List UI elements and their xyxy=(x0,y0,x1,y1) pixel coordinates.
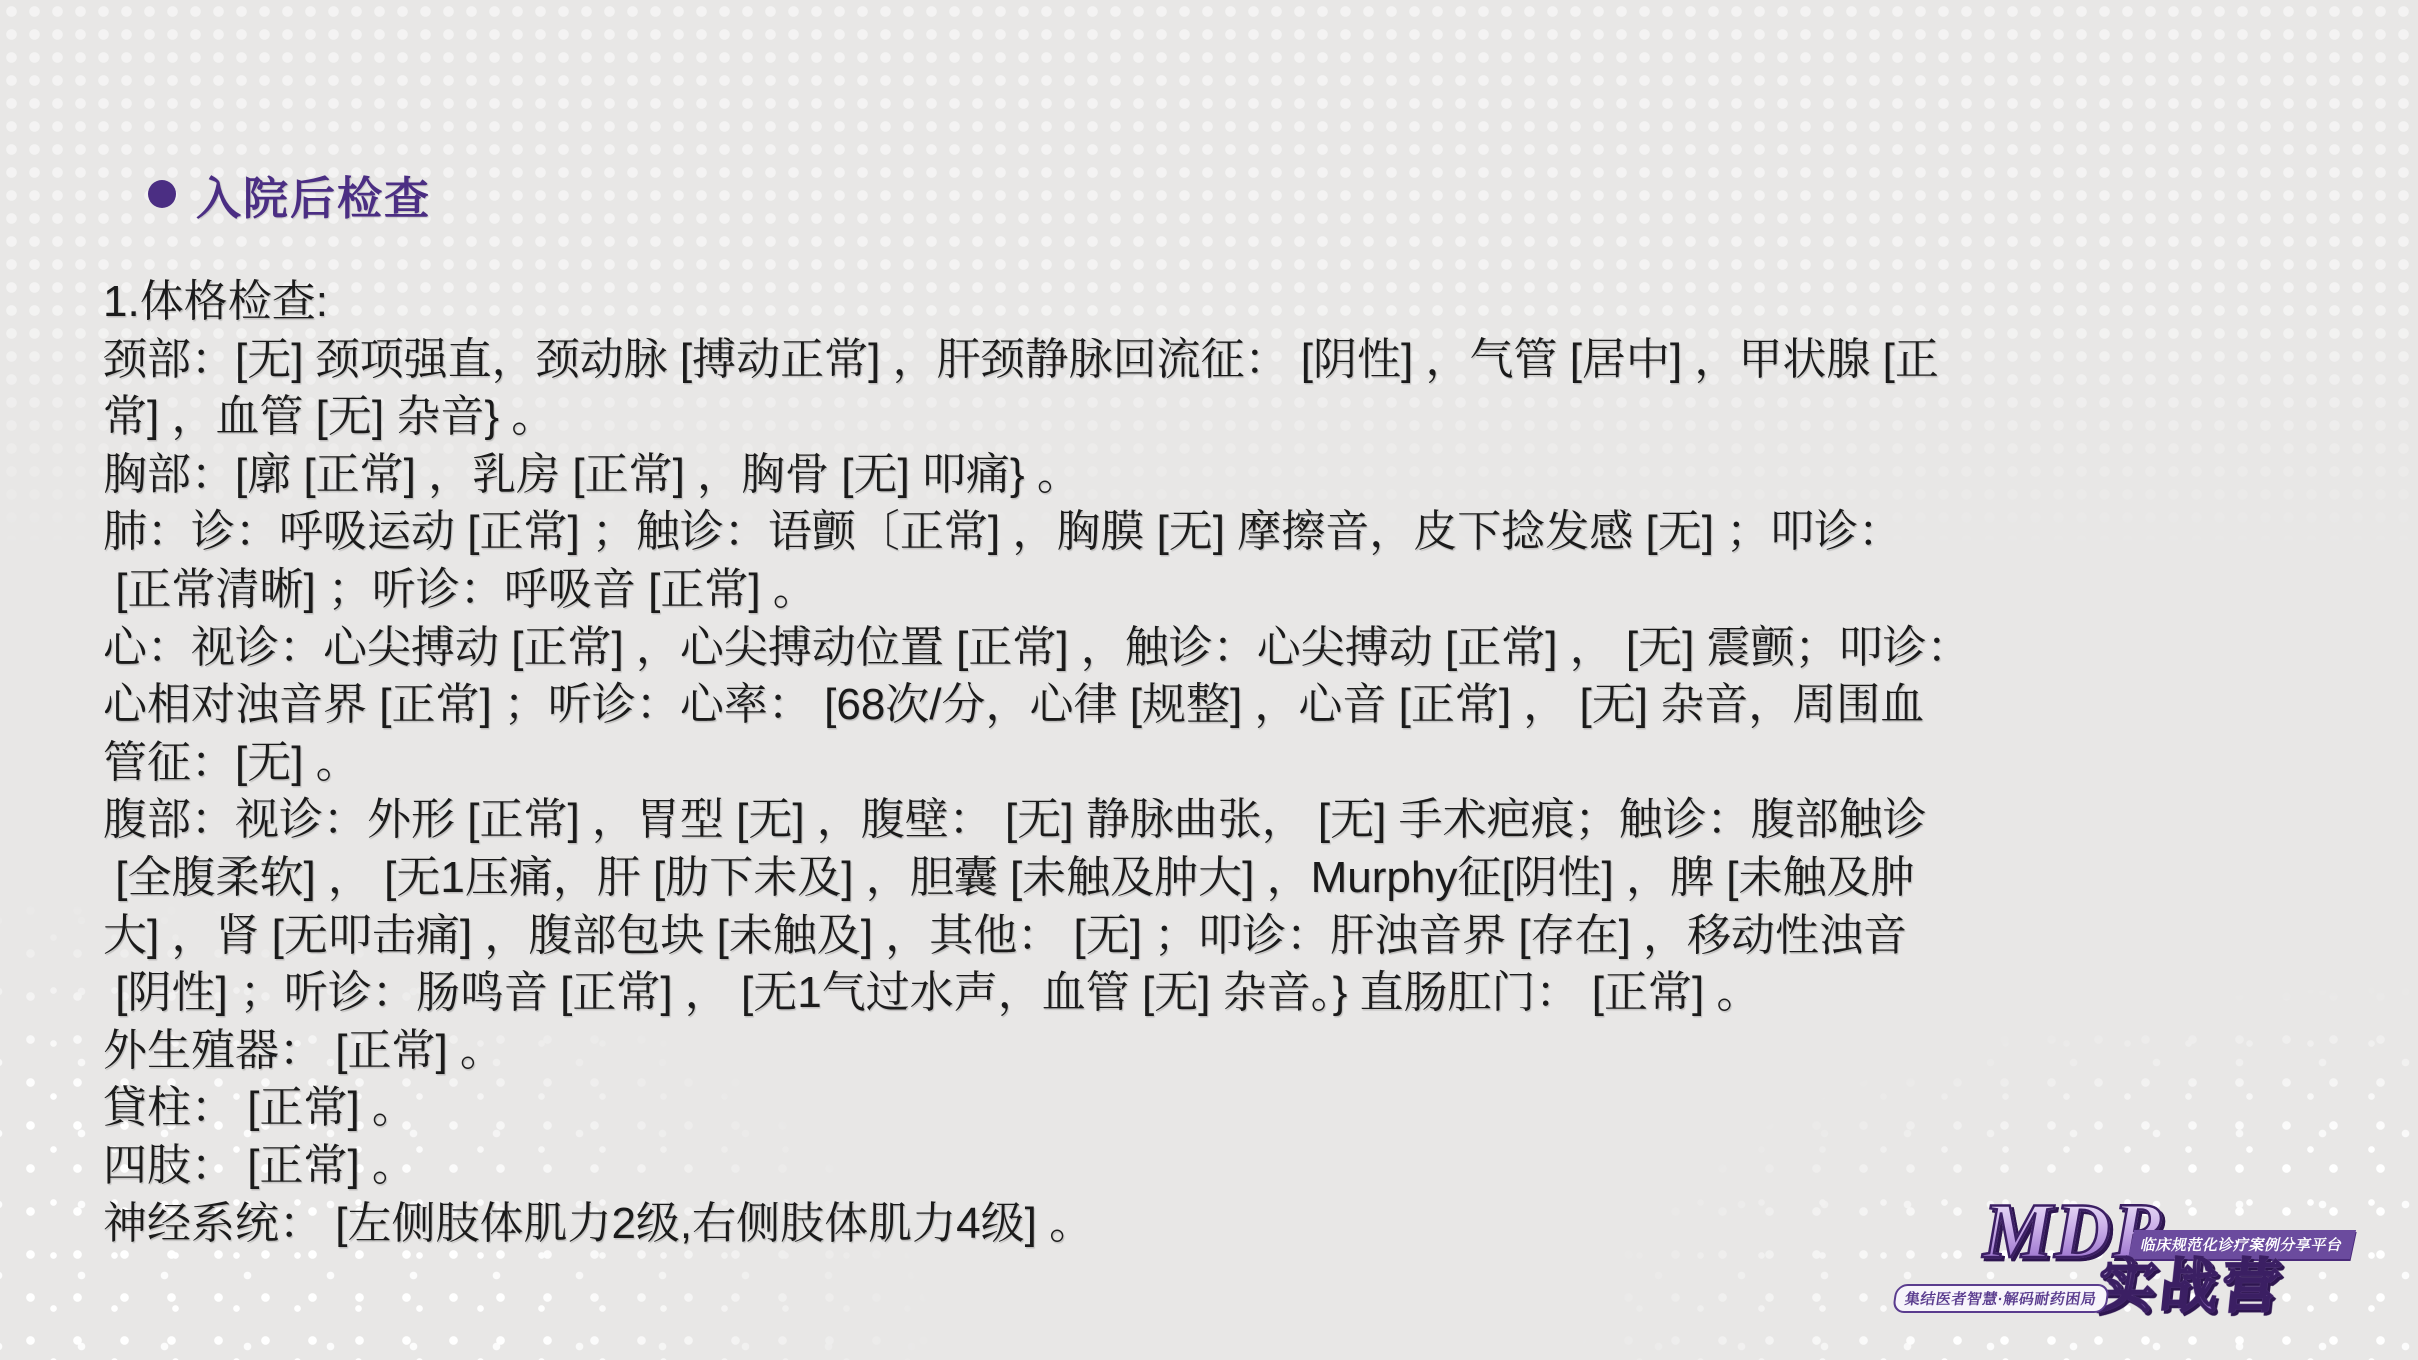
text-line: 大] ，肾 [无叩击痛] ，腹部包块 [未触及] ，其他： [无] ；叩诊：肝浊… xyxy=(103,907,2403,965)
text-line: 外生殖器： [正常] 。 xyxy=(103,1022,2403,1080)
physical-exam-text: 1.体格检查:颈部：[无] 颈项强直，颈动脉 [搏动正常] ，肝颈静脉回流征： … xyxy=(103,273,2403,1252)
text-line: 腹部：视诊：外形 [正常] ，胃型 [无] ，腹壁： [无] 静脉曲张， [无]… xyxy=(103,791,2403,849)
text-line: 貸柱： [正常] 。 xyxy=(103,1079,2403,1137)
mdr-logo-camp: 实战营 xyxy=(2095,1258,2287,1316)
text-line: 胸部：[廓 [正常] ，乳房 [正常] ，胸骨 [无] 叩痛} 。 xyxy=(103,446,2403,504)
mdr-logo-tagline-left: 集结医者智慧·解码耐药困局 xyxy=(1892,1284,2110,1313)
text-line: 管征：[无] 。 xyxy=(103,734,2403,792)
text-line: [全腹柔软] ， [无1压痛，肝 [肋下未及] ，胆囊 [未触及肿大] ，Mur… xyxy=(103,849,2403,907)
text-line: 心：视诊：心尖搏动 [正常] ，心尖搏动位置 [正常] ，触诊：心尖搏动 [正常… xyxy=(103,619,2403,677)
text-line: 常] ，血管 [无] 杂音} 。 xyxy=(103,388,2403,446)
text-line: 心相对浊音界 [正常] ；听诊：心率： [68次/分，心律 [规整] ，心音 [… xyxy=(103,676,2403,734)
text-line: 肺：诊：呼吸运动 [正常] ；触诊：语颤〔正常] ，胸膜 [无] 摩擦音，皮下捻… xyxy=(103,503,2403,561)
text-line: [阴性] ；听诊：肠鸣音 [正常] ， [无1气过水声，血管 [无] 杂音。} … xyxy=(103,964,2403,1022)
text-line: 1.体格检查: xyxy=(103,273,2403,331)
text-line: [正常清晰] ；听诊：呼吸音 [正常] 。 xyxy=(103,561,2403,619)
text-line: 颈部：[无] 颈项强直，颈动脉 [搏动正常] ，肝颈静脉回流征： [阴性] ，气… xyxy=(103,331,2403,389)
slide-title: 入院后检查 xyxy=(196,162,431,227)
mdr-logo: MDR 临床规范化诊疗案例分享平台 实战营 集结医者智慧·解码耐药困局 xyxy=(1888,1200,2368,1350)
slide-title-row: 入院后检查 xyxy=(148,162,431,226)
text-line: 四肢： [正常] 。 xyxy=(103,1137,2403,1195)
bullet-icon xyxy=(148,180,176,208)
